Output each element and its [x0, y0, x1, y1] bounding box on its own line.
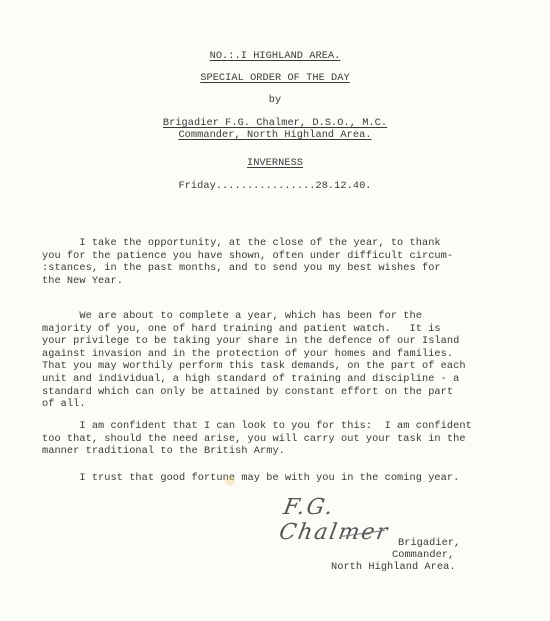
paragraph-1-line: :stances, in the past months, and to sen…	[42, 262, 441, 274]
signature-rank: Brigadier,	[398, 537, 460, 549]
paragraph-2-line: your privilege to be taking your share i…	[42, 335, 459, 347]
order-title: SPECIAL ORDER OF THE DAY	[0, 72, 550, 84]
signature-role: Commander,	[392, 549, 454, 561]
author-line-1: Brigadier F.G. Chalmer, D.S.O., M.C.	[0, 117, 550, 129]
date-line: Friday................28.12.40.	[0, 180, 550, 192]
paragraph-3-line: manner traditional to the British Army.	[42, 445, 285, 457]
paragraph-1-line: you for the patience you have shown, oft…	[42, 250, 453, 262]
paragraph-1-line: I take the opportunity, at the close of …	[42, 237, 441, 249]
paragraph-2-line: of all.	[42, 398, 86, 410]
paragraph-2-line: That you may worthily perform this task …	[42, 360, 466, 372]
signature-area: North Highland Area.	[331, 561, 456, 573]
paragraph-1-line: the New Year.	[42, 275, 123, 287]
handwritten-signature: F.G. Chalmer	[278, 495, 406, 540]
by-label: by	[0, 94, 550, 106]
paper-stain	[225, 476, 235, 486]
paragraph-2-line: standard which can only be attained by c…	[42, 386, 453, 398]
author-line-2: Commander, North Highland Area.	[0, 129, 550, 141]
area-heading: NO.:.I HIGHLAND AREA.	[0, 50, 550, 62]
paragraph-2-line: majority of you, one of hard training an…	[42, 323, 441, 335]
paragraph-3-line: too that, should the need arise, you wil…	[42, 433, 466, 445]
location-heading: INVERNESS	[0, 157, 550, 169]
paragraph-4-line: I trust that good fortune may be with yo…	[42, 472, 459, 484]
document-page: NO.:.I HIGHLAND AREA. SPECIAL ORDER OF T…	[0, 0, 550, 621]
paragraph-2-line: unit and individual, a high standard of …	[42, 373, 459, 385]
paragraph-2-line: against invasion and in the protection o…	[42, 348, 453, 360]
paragraph-2-line: We are about to complete a year, which h…	[42, 310, 422, 322]
paragraph-3-line: I am confident that I can look to you fo…	[42, 420, 472, 432]
